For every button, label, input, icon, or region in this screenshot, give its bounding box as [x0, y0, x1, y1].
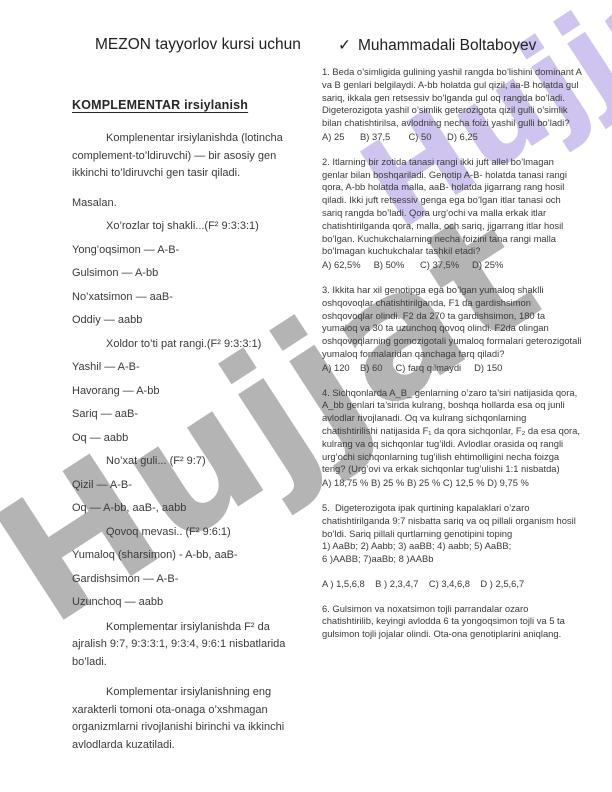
list-item: No’xatsimon — aaB- — [72, 290, 298, 304]
question-text: 6. Gulsimon va noxatsimon tojli parranda… — [322, 603, 582, 641]
summary-paragraph: Komplementar irsiylanishda F² da ajralis… — [72, 619, 298, 672]
author-name: Muhammadali Boltaboyev — [358, 37, 536, 54]
list-item: Oq — A-bb, aaB-, aabb — [72, 501, 298, 515]
question-text: 4. Sichqonlarda A_B_ genlarning o’zaro t… — [322, 387, 582, 477]
question-5: 5. Digeterozigota ipak qurtining kapalak… — [322, 502, 582, 591]
author-line: ✓Muhammadali Boltaboyev — [338, 36, 536, 55]
answer-options: A ) 1,5,6,8 B ) 2,3,4,7 C) 3,4,6,8 D ) 2… — [322, 578, 582, 591]
question-2: 2. Itlarning bir zotida tanasi rangi ikk… — [322, 156, 582, 272]
question-3: 3. Ikkita har xil genotipga ega bo’lgan … — [322, 284, 582, 375]
section-title: KOMPLEMENTAR irsiylanish — [72, 98, 298, 112]
answer-options: A) 18,75 % B) 25 % B) 25 % C) 12,5 % D) … — [322, 477, 582, 490]
answer-options: A) 25 B) 37,5 C) 50 D) 6,25 — [322, 131, 582, 144]
right-column: 1. Beda o’simligida gulining yashil rang… — [322, 66, 582, 653]
example-heading: Xo’rozlar toj shakli...(F² 9:3:3:1) — [72, 219, 298, 233]
left-column: KOMPLEMENTAR irsiylanish Komplenentar ir… — [72, 98, 298, 767]
list-item: Oq — aabb — [72, 431, 298, 445]
question-text: 3. Ikkita har xil genotipga ega bo’lgan … — [322, 284, 582, 361]
check-icon: ✓ — [338, 37, 351, 54]
answer-options: A) 120 B) 60 C) farq qilmaydi D) 150 — [322, 362, 582, 375]
list-item: Gulsimon — A-bb — [72, 266, 298, 280]
list-item: Oddiy — aabb — [72, 313, 298, 327]
question-text: 5. Digeterozigota ipak qurtining kapalak… — [322, 502, 582, 566]
list-item: Yashil — A-B- — [72, 360, 298, 374]
example-heading: Qovoq mevasi.. (F² 9:6:1) — [72, 525, 298, 539]
question-1: 1. Beda o’simligida gulining yashil rang… — [322, 66, 582, 144]
document-page: Hujjat Hujjat MEZON tayyorlov kursi uchu… — [0, 0, 612, 792]
list-item: Uzunchoq — aabb — [72, 595, 298, 609]
list-item: Gardishsimon — A-B- — [72, 572, 298, 586]
example-heading: Xoldor to’ti pat rangi.(F² 9:3:3:1) — [72, 337, 298, 351]
list-item: Yumaloq (sharsimon) - A-bb, aaB- — [72, 548, 298, 562]
question-text: 2. Itlarning bir zotida tanasi rangi ikk… — [322, 156, 582, 258]
answer-options: A) 62,5% B) 50% C) 37,5% D) 25% — [322, 259, 582, 272]
masalan-label: Masalan. — [72, 196, 298, 210]
list-item: Sariq — aaB- — [72, 407, 298, 421]
example-heading: No’xat guli... (F² 9:7) — [72, 454, 298, 468]
intro-paragraph: Komplenentar irsiylanishda (lotincha com… — [72, 130, 298, 183]
list-item: Havorang — A-bb — [72, 384, 298, 398]
course-title: MEZON tayyorlov kursi uchun — [95, 36, 301, 54]
summary-paragraph: Komplementar irsiylanishning eng xarakte… — [72, 684, 298, 754]
question-4: 4. Sichqonlarda A_B_ genlarning o’zaro t… — [322, 387, 582, 490]
question-text: 1. Beda o’simligida gulining yashil rang… — [322, 66, 582, 130]
question-6: 6. Gulsimon va noxatsimon tojli parranda… — [322, 603, 582, 641]
list-item: Yong’oqsimon — A-B- — [72, 243, 298, 257]
list-item: Qizil — A-B- — [72, 478, 298, 492]
